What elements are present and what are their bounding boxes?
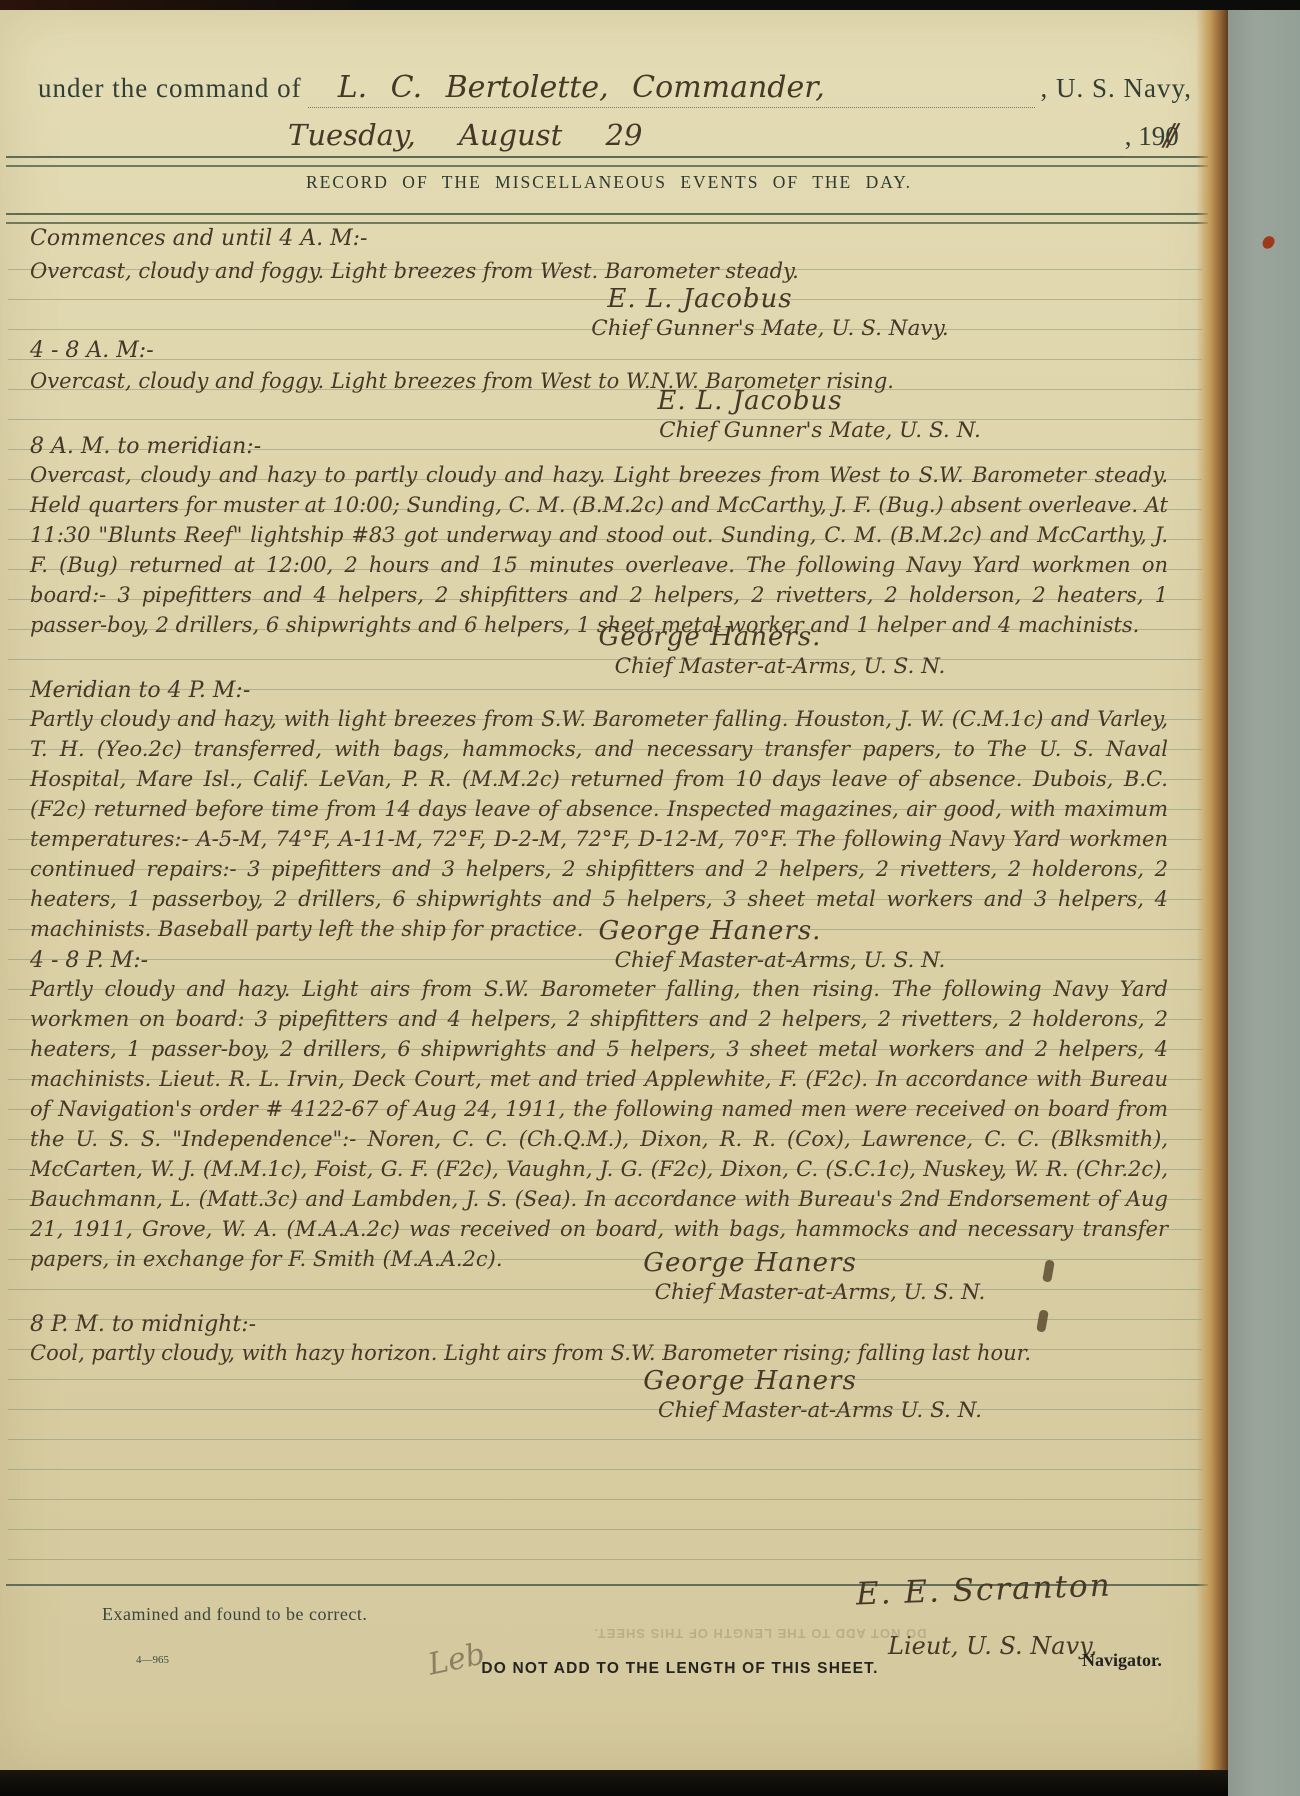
signature-name: George Haners <box>470 1366 1030 1396</box>
entry-heading: 4 - 8 P. M:- <box>30 948 148 973</box>
signature-name: E. L. Jacobus <box>420 284 980 314</box>
entry-heading: Meridian to 4 P. M:- <box>30 678 250 703</box>
signature-title: Chief Master-at-Arms, U. S. N. <box>540 1278 1100 1308</box>
entry-body: Cool, partly cloudy, with hazy horizon. … <box>30 1338 1168 1368</box>
signature-title: Chief Gunner's Mate, U. S. Navy. <box>490 314 1050 344</box>
signature-block: E. L. Jacobus Chief Gunner's Mate, U. S.… <box>470 386 1030 446</box>
navigator-label: Navigator. <box>1082 1650 1162 1671</box>
bottom-shadow-band <box>0 1770 1228 1796</box>
entry-body: Partly cloudy and hazy, with light breez… <box>30 704 1168 944</box>
signature-block: George Haners. Chief Master-at-Arms, U. … <box>430 916 990 976</box>
do-not-add-warning: DO NOT ADD TO THE LENGTH OF THIS SHEET. <box>290 1660 1070 1678</box>
signature-name: George Haners. <box>430 916 990 946</box>
form-number: 4—965 <box>136 1654 169 1666</box>
entry-heading: 8 P. M. to midnight:- <box>30 1312 256 1337</box>
entry-heading: Commences and until 4 A. M:- <box>30 226 367 251</box>
signature-block: George Haners. Chief Master-at-Arms, U. … <box>430 622 990 682</box>
signature-name: George Haners. <box>430 622 990 652</box>
signature-name: E. L. Jacobus <box>470 386 1030 416</box>
command-line: under the command of L. C. Bertolette, C… <box>38 70 1192 108</box>
signature-title: Chief Master-at-Arms, U. S. N. <box>500 946 1060 976</box>
entry-body: Overcast, cloudy and foggy. Light breeze… <box>30 256 1168 286</box>
entry-heading: 4 - 8 A. M:- <box>30 338 154 363</box>
signature-block: George Haners Chief Master-at-Arms, U. S… <box>470 1248 1030 1308</box>
signature-block: E. L. Jacobus Chief Gunner's Mate, U. S.… <box>420 284 980 344</box>
signature-title: Chief Gunner's Mate, U. S. N. <box>540 416 1100 446</box>
navigator-signature: E. E. Scranton <box>855 1568 1112 1613</box>
double-rule-under-title <box>6 213 1208 224</box>
signature-block: George Haners Chief Master-at-Arms U. S.… <box>470 1366 1030 1426</box>
date-line: Tuesday, August 29 , 190 ∕∕ <box>38 118 1172 157</box>
entry-heading: 8 A. M. to meridian:- <box>30 434 261 459</box>
logbook-scan: under the command of L. C. Bertolette, C… <box>0 0 1300 1796</box>
examined-label: Examined and found to be correct. <box>102 1604 367 1625</box>
signature-title: Chief Master-at-Arms, U. S. N. <box>500 652 1060 682</box>
command-prefix-label: under the command of <box>38 73 302 104</box>
year-strike-mark: ∕∕ <box>1164 118 1172 153</box>
page-title: RECORD OF THE MISCELLANEOUS EVENTS OF TH… <box>0 172 1218 193</box>
signature-title: Chief Master-at-Arms U. S. N. <box>540 1396 1100 1426</box>
command-suffix-label: , U. S. Navy, <box>1041 73 1193 104</box>
entry-body: Overcast, cloudy and hazy to partly clou… <box>30 460 1168 640</box>
page-edge <box>1196 8 1228 1770</box>
date-handwritten: Tuesday, August 29 <box>38 118 1125 157</box>
commander-name-handwritten: L. C. Bertolette, Commander, <box>308 70 1035 108</box>
logbook-page: under the command of L. C. Bertolette, C… <box>0 8 1218 1770</box>
entry-body: Partly cloudy and hazy. Light airs from … <box>30 974 1168 1274</box>
bleed-through-text: DO NOT ADD TO THE LENGTH OF THIS SHEET. <box>470 1626 1050 1641</box>
double-rule-top <box>6 156 1208 167</box>
signature-name: George Haners <box>470 1248 1030 1278</box>
top-shadow-band <box>0 0 1300 10</box>
book-cover-backdrop <box>1226 0 1300 1796</box>
